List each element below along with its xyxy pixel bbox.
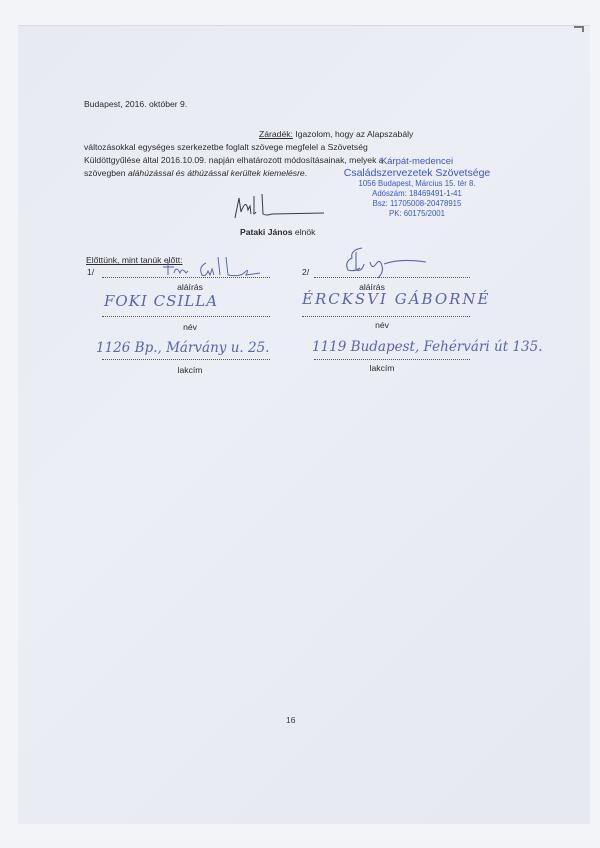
witness1-index: 1/ [87, 266, 94, 279]
signatory-name: Pataki János [240, 227, 293, 237]
witness2-address-line [314, 359, 470, 360]
clause-label: Záradék: [259, 129, 293, 139]
organization-stamp: Kárpát-medencei Családszervezetek Szövet… [322, 156, 512, 219]
witness1-name-line [102, 316, 270, 317]
witness2-address-label: lakcím [352, 362, 412, 375]
stamp-line-1: Kárpát-medencei [322, 156, 512, 167]
president-signature [232, 192, 327, 222]
scan-corner-mark [574, 26, 584, 32]
page-number: 16 [286, 715, 296, 725]
stamp-line-4: Adószám: 18469491-1-41 [322, 189, 512, 199]
stamp-line-5: Bsz: 11705008-20478915 [322, 199, 512, 209]
stamp-line-2: Családszervezetek Szövetsége [322, 167, 512, 179]
stamp-line-6: PK: 60175/2001 [322, 209, 512, 219]
witness1-signature [160, 253, 270, 279]
place-date: Budapest, 2016. október 9. [84, 98, 187, 111]
clause-text-4-end: . [305, 168, 307, 178]
witness1-name: FOKI CSILLA [104, 292, 218, 310]
clause-text-4-italic: aláhúzással és áthúzással kerültek kieme… [128, 168, 305, 178]
clause-line-1: Záradék: Igazolom, hogy az Alapszabály [259, 128, 413, 141]
signatory: Pataki János elnök [240, 226, 315, 239]
witness1-name-label: név [160, 321, 220, 334]
witness2-index: 2/ [302, 266, 309, 279]
witness1-address-line [102, 359, 270, 360]
signatory-role: elnök [293, 227, 316, 237]
clause-line-4: szövegben aláhúzással és áthúzással kerü… [84, 167, 307, 180]
witness1-address: 1126 Bp., Márvány u. 25. [96, 340, 269, 356]
witness1-address-label: lakcím [160, 364, 220, 377]
witness2-name-line [302, 316, 470, 317]
witness2-address: 1119 Budapest, Fehérvári út 135. [312, 339, 542, 355]
witness2-signature [340, 244, 430, 280]
clause-line-2: változásokkal egységes szerkezetbe fogla… [84, 141, 368, 154]
clause-text-1: Igazolom, hogy az Alapszabály [293, 129, 413, 139]
witness2-name-label: név [352, 319, 412, 332]
clause-text-4: szövegben [84, 168, 128, 178]
stamp-line-3: 1056 Budapest, Március 15. tér 8. [322, 179, 512, 189]
witness2-name: ÉRCKSVI GÁBORNÉ [302, 290, 491, 308]
